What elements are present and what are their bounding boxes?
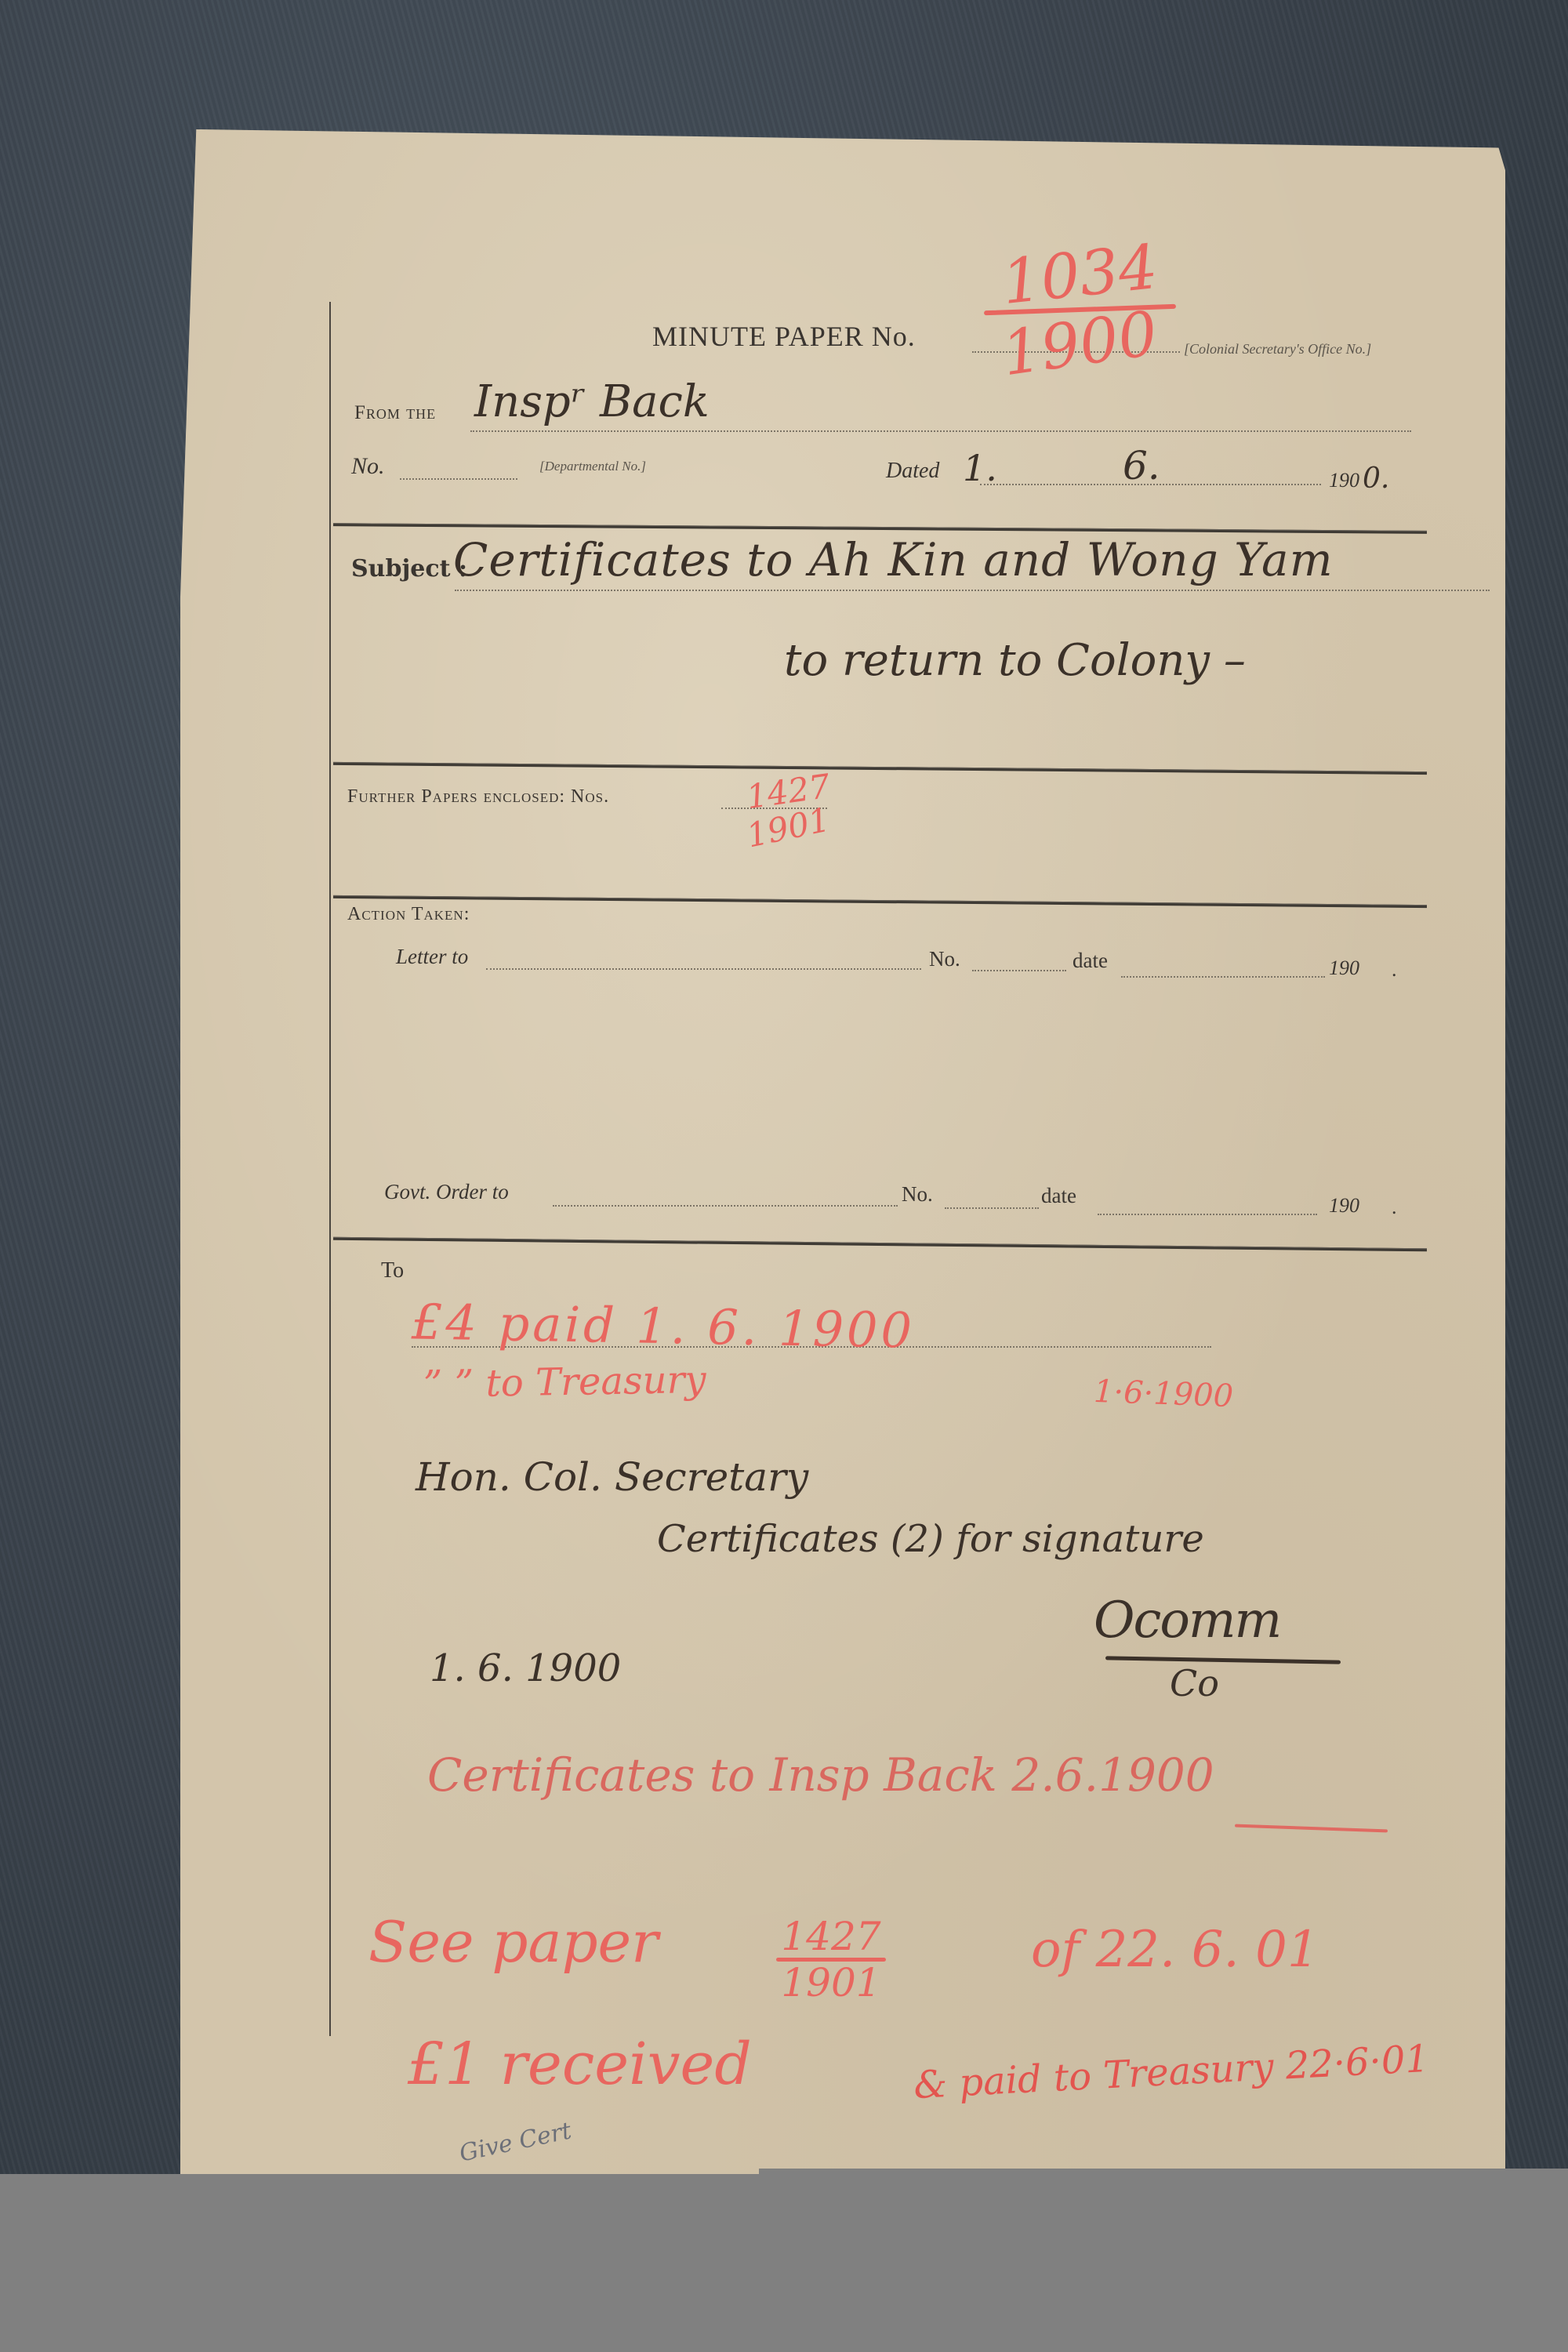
govt-year-period: . bbox=[1392, 1196, 1397, 1219]
officer-signature: Ocomm bbox=[1094, 1592, 1280, 1650]
govt-year: 190 bbox=[1329, 1194, 1359, 1218]
from-label: From the bbox=[354, 402, 436, 424]
letter-year-period: . bbox=[1392, 958, 1397, 982]
see-paper-suffix: of 22. 6. 01 bbox=[1031, 1921, 1319, 1979]
letter-date-label: date bbox=[1073, 949, 1108, 973]
from-leader bbox=[470, 430, 1411, 432]
govt-order-label: Govt. Order to bbox=[384, 1180, 509, 1204]
minute-date: 1. 6. 1900 bbox=[430, 1646, 621, 1690]
see-paper-prefix: See paper bbox=[368, 1909, 659, 1975]
govt-order-field bbox=[553, 1205, 898, 1207]
treasury-annotation: ” ” to Treasury bbox=[423, 1358, 707, 1406]
further-papers-label: Further Papers enclosed: Nos. bbox=[347, 786, 609, 808]
letter-no-label: No. bbox=[929, 947, 960, 971]
minute-number: 1034 1900 bbox=[984, 245, 1176, 375]
departmental-note: [Departmental No.] bbox=[539, 459, 646, 474]
dated-year-suffix: 0. bbox=[1363, 463, 1389, 495]
letter-year: 190 bbox=[1329, 956, 1359, 980]
subject-line-1: Certificates to Ah Kin and Wong Yam bbox=[453, 533, 1334, 586]
no-leader bbox=[400, 478, 517, 480]
margin-rule bbox=[329, 302, 331, 2036]
to-label: To bbox=[381, 1258, 404, 1283]
bottom-band-right bbox=[759, 2169, 1568, 2352]
further-papers-number: 1427 1901 bbox=[745, 776, 831, 844]
received-annotation: £1 received bbox=[408, 2031, 752, 2098]
certificates-note: Certificates (2) for signature bbox=[657, 1517, 1204, 1561]
form-title: MINUTE PAPER No. bbox=[652, 320, 916, 353]
dated-label: Dated bbox=[886, 459, 939, 484]
letter-no-field bbox=[972, 970, 1066, 971]
see-paper-numerator: 1427 bbox=[781, 1917, 880, 1956]
letter-date-field bbox=[1121, 976, 1325, 978]
dated-year-prefix: 190 bbox=[1329, 469, 1359, 492]
see-paper-reference: 1427 1901 bbox=[776, 1917, 886, 2002]
paid-annotation: £4 paid 1. 6. 1900 bbox=[411, 1293, 915, 1359]
from-value: Inspʳ Back bbox=[474, 376, 710, 427]
subject-line-2: to return to Colony – bbox=[784, 635, 1246, 686]
dated-month: 6. bbox=[1123, 443, 1160, 488]
subject-leader bbox=[455, 590, 1490, 591]
govt-no-label: No. bbox=[902, 1182, 933, 1207]
signature-subscript: Co bbox=[1170, 1662, 1219, 1704]
action-taken-label: Action Taken: bbox=[347, 904, 470, 925]
govt-date-field bbox=[1098, 1214, 1317, 1215]
certificates-sent-annotation: Certificates to Insp Back 2.6.1900 bbox=[427, 1748, 1214, 1802]
addressee: Hon. Col. Secretary bbox=[416, 1454, 808, 1500]
govt-no-field bbox=[945, 1207, 1039, 1209]
dated-day: 1. bbox=[963, 447, 997, 489]
office-note: [Colonial Secretary's Office No.] bbox=[1184, 341, 1371, 358]
minute-paper-sheet bbox=[180, 129, 1505, 2174]
no-label: No. bbox=[351, 453, 385, 480]
letter-to-field bbox=[486, 968, 921, 970]
govt-date-label: date bbox=[1041, 1184, 1076, 1208]
treasury-date: 1·6·1900 bbox=[1093, 1374, 1234, 1414]
see-paper-denominator: 1901 bbox=[781, 1963, 880, 2002]
letter-to-label: Letter to bbox=[396, 945, 468, 969]
subject-label: Subject : bbox=[351, 555, 467, 583]
